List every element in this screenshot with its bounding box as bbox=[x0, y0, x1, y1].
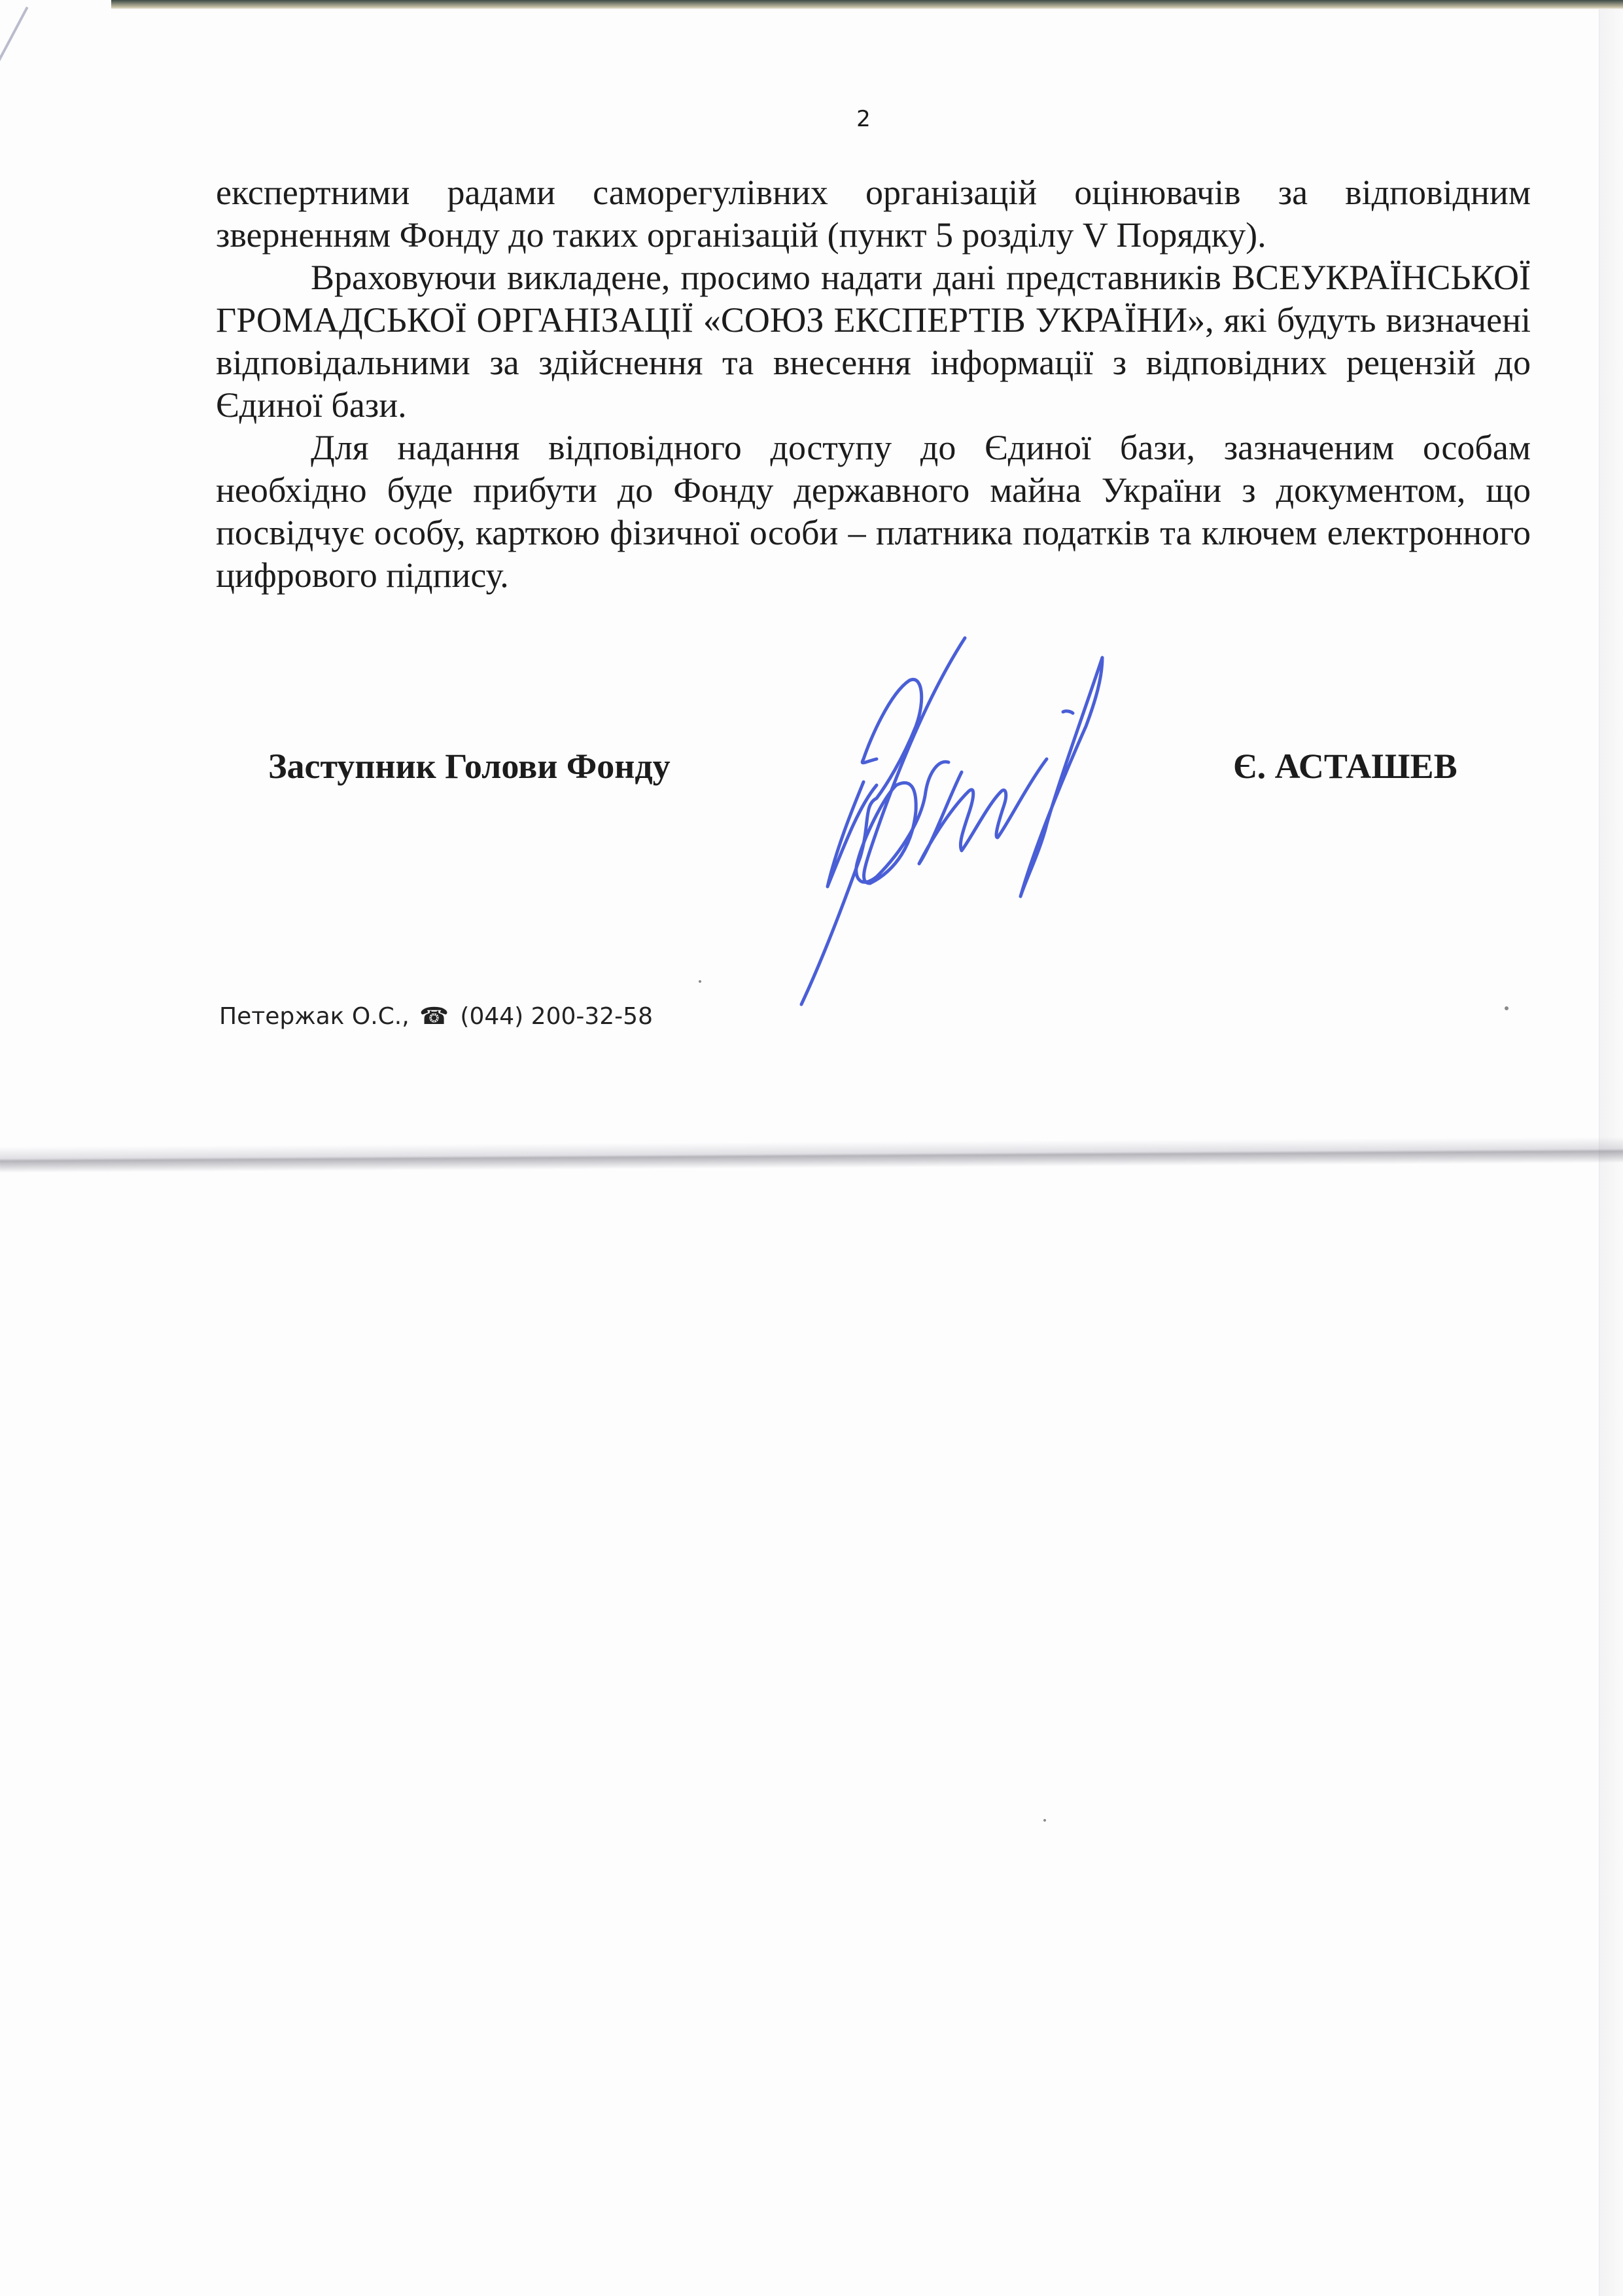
scan-speck bbox=[1505, 1006, 1509, 1010]
executor-name: Петержак О.С., bbox=[219, 1003, 410, 1030]
document-page: 2 експертними радами саморегулівних орга… bbox=[0, 0, 1623, 2296]
scan-speck bbox=[699, 980, 701, 983]
letter-body: експертними радами саморегулівних органі… bbox=[216, 171, 1531, 597]
corner-fold-mark bbox=[0, 7, 29, 123]
paragraph-continuation: експертними радами саморегулівних органі… bbox=[216, 171, 1531, 256]
handwritten-signature bbox=[785, 628, 1204, 1021]
paragraph-access: Для надання відповідного доступу до Єдин… bbox=[216, 427, 1531, 597]
paper-fold-line bbox=[0, 1137, 1623, 1173]
executor-contact: Петержак О.С., ☎ (044) 200-32-58 bbox=[219, 1003, 653, 1030]
paragraph-request: Враховуючи викладене, просимо надати дан… bbox=[216, 256, 1531, 427]
signatory-name: Є. АСТАШЕВ bbox=[1233, 746, 1457, 786]
signatory-position: Заступник Голови Фонду bbox=[268, 746, 671, 786]
phone-icon: ☎ bbox=[419, 1003, 449, 1030]
executor-phone: (044) 200-32-58 bbox=[460, 1003, 653, 1030]
scan-speck bbox=[1043, 1819, 1046, 1822]
page-number: 2 bbox=[850, 106, 877, 132]
scan-top-edge bbox=[111, 0, 1623, 9]
